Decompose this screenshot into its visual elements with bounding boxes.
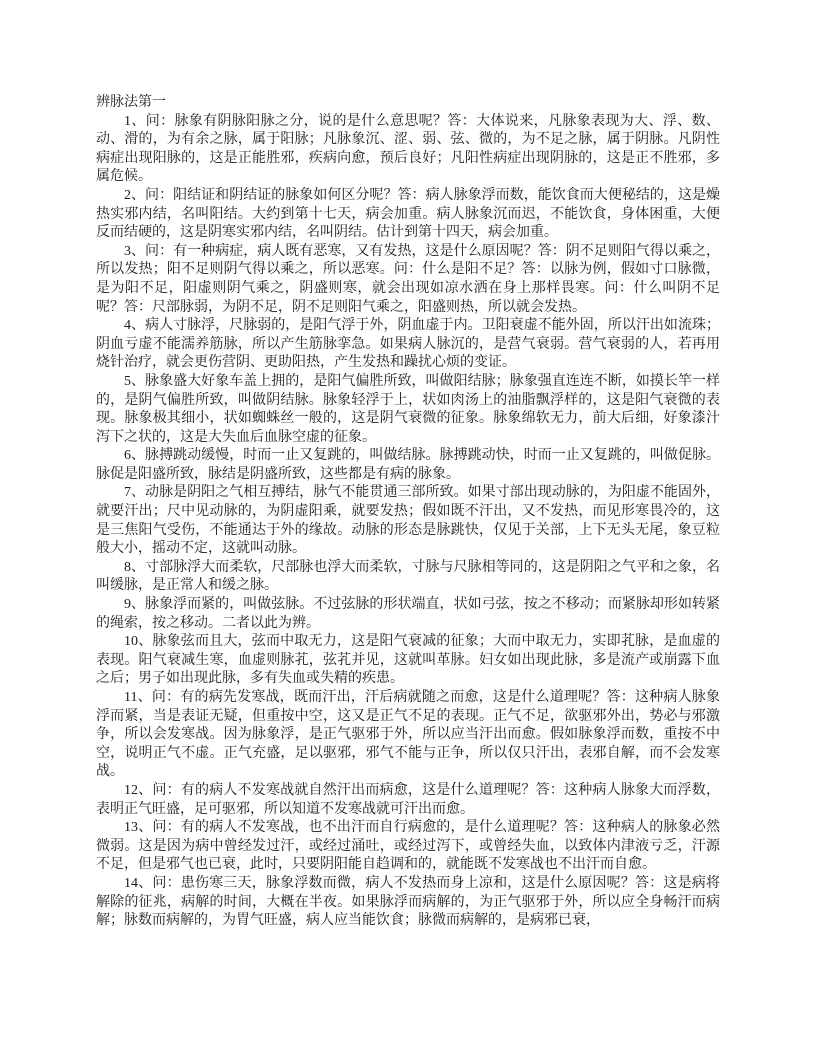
paragraph-10: 10、脉象弦而且大，弦而中取无力，这是阳气衰减的征象；大而中取无力，实即芤脉，是…: [96, 633, 720, 689]
paragraph-12: 12、问：有的病人不发寒战就自然汗出而病愈，这是什么道理呢？答：这种病人脉象大而…: [96, 782, 720, 819]
paragraph-1: 1、问：脉象有阴脉阳脉之分，说的是什么意思呢？答：大体说来，凡脉象表现为大、浮、…: [96, 113, 720, 187]
paragraph-5: 5、脉象盛大好象车盖上拥的，是阳气偏胜所致，叫做阳结脉；脉象强直连连不断，如摸长…: [96, 373, 720, 447]
paragraph-6: 6、脉搏跳动缓慢，时而一止又复跳的，叫做结脉。脉搏跳动快，时而一止又复跳的，叫做…: [96, 447, 720, 484]
paragraph-13: 13、问：有的病人不发寒战，也不出汗而自行病愈的，是什么道理呢？答：这种病人的脉…: [96, 819, 720, 875]
document-title: 辨脉法第一: [96, 94, 720, 113]
paragraph-4: 4、病人寸脉浮，尺脉弱的，是阳气浮于外，阴血虚于内。卫阳衰虚不能外固，所以汗出如…: [96, 317, 720, 373]
paragraph-11: 11、问：有的病先发寒战，既而汗出，汗后病就随之而愈，这是什么道理呢？答：这种病…: [96, 689, 720, 782]
paragraph-3: 3、问：有一种病症，病人既有恶寒，又有发热，这是什么原因呢？答：阴不足则阳气得以…: [96, 243, 720, 317]
paragraph-7: 7、动脉是阴阳之气相互搏结，脉气不能贯通三部所致。如果寸部出现动脉的，为阳虚不能…: [96, 484, 720, 558]
paragraph-9: 9、脉象浮而紧的，叫做弦脉。不过弦脉的形状端直，状如弓弦，按之不移动；而紧脉却形…: [96, 596, 720, 633]
document-page: 辨脉法第一 1、问：脉象有阴脉阳脉之分，说的是什么意思呢？答：大体说来，凡脉象表…: [0, 0, 816, 1056]
paragraph-14: 14、问：患伤寒三天，脉象浮数而微，病人不发热而身上凉和，这是什么原因呢？答：这…: [96, 875, 720, 931]
paragraph-2: 2、问：阳结证和阴结证的脉象如何区分呢？答：病人脉象浮而数，能饮食而大便秘结的，…: [96, 187, 720, 243]
paragraph-8: 8、寸部脉浮大而柔软，尺部脉也浮大而柔软，寸脉与尺脉相等同的，这是阴阳之气平和之…: [96, 559, 720, 596]
